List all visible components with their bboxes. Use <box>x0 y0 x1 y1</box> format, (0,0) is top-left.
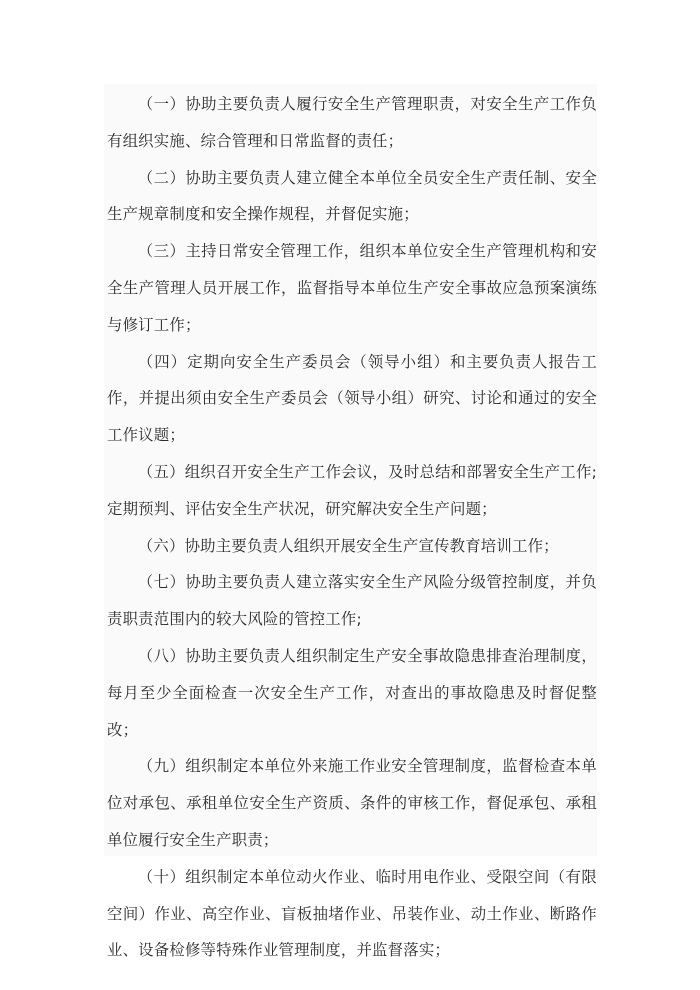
item-label: （八） <box>138 647 186 665</box>
item-text: 协助主要负责人组织开展安全生产宣传教育培训工作； <box>185 537 559 555</box>
item-label: （二） <box>138 169 186 187</box>
paragraph-3: （三）主持日常安全管理工作，组织本单位安全生产管理机构和安全生产管理人员开展工作… <box>107 233 597 343</box>
item-label: （三） <box>138 242 186 260</box>
paragraph-7: （七）协助主要负责人建立落实安全生产风险分级管控制度，并负责职责范围内的较大风险… <box>107 564 597 638</box>
item-label: （十） <box>138 868 186 886</box>
item-label: （四） <box>138 353 187 371</box>
paragraph-5: （五）组织召开安全生产工作会议，及时总结和部署安全生产工作;定期预判、评估安全生… <box>107 454 597 528</box>
item-label: （六） <box>138 537 185 555</box>
item-label: （五） <box>138 463 185 481</box>
paragraph-6: （六）协助主要负责人组织开展安全生产宣传教育培训工作； <box>107 528 597 565</box>
item-label: （一） <box>138 95 186 113</box>
document-body: （一）协助主要负责人履行安全生产管理职责，对安全生产工作负有组织实施、综合管理和… <box>107 86 597 969</box>
paragraph-9: （九）组织制定本单位外来施工作业安全管理制度，监督检查本单位对承包、承租单位安全… <box>107 748 597 858</box>
paragraph-2: （二）协助主要负责人建立健全本单位全员安全生产责任制、安全生产规章制度和安全操作… <box>107 160 597 234</box>
item-label: （九） <box>138 757 186 775</box>
paragraph-4: （四）定期向安全生产委员会（领导小组）和主要负责人报告工作，并提出须由安全生产委… <box>107 344 597 454</box>
paragraph-10: （十）组织制定本单位动火作业、临时用电作业、受限空间（有限空间）作业、高空作业、… <box>107 859 597 969</box>
paragraph-8: （八）协助主要负责人组织制定生产安全事故隐患排查治理制度，每月至少全面检查一次安… <box>107 638 597 748</box>
paragraph-1: （一）协助主要负责人履行安全生产管理职责，对安全生产工作负有组织实施、综合管理和… <box>107 86 597 160</box>
item-label: （七） <box>138 573 186 591</box>
